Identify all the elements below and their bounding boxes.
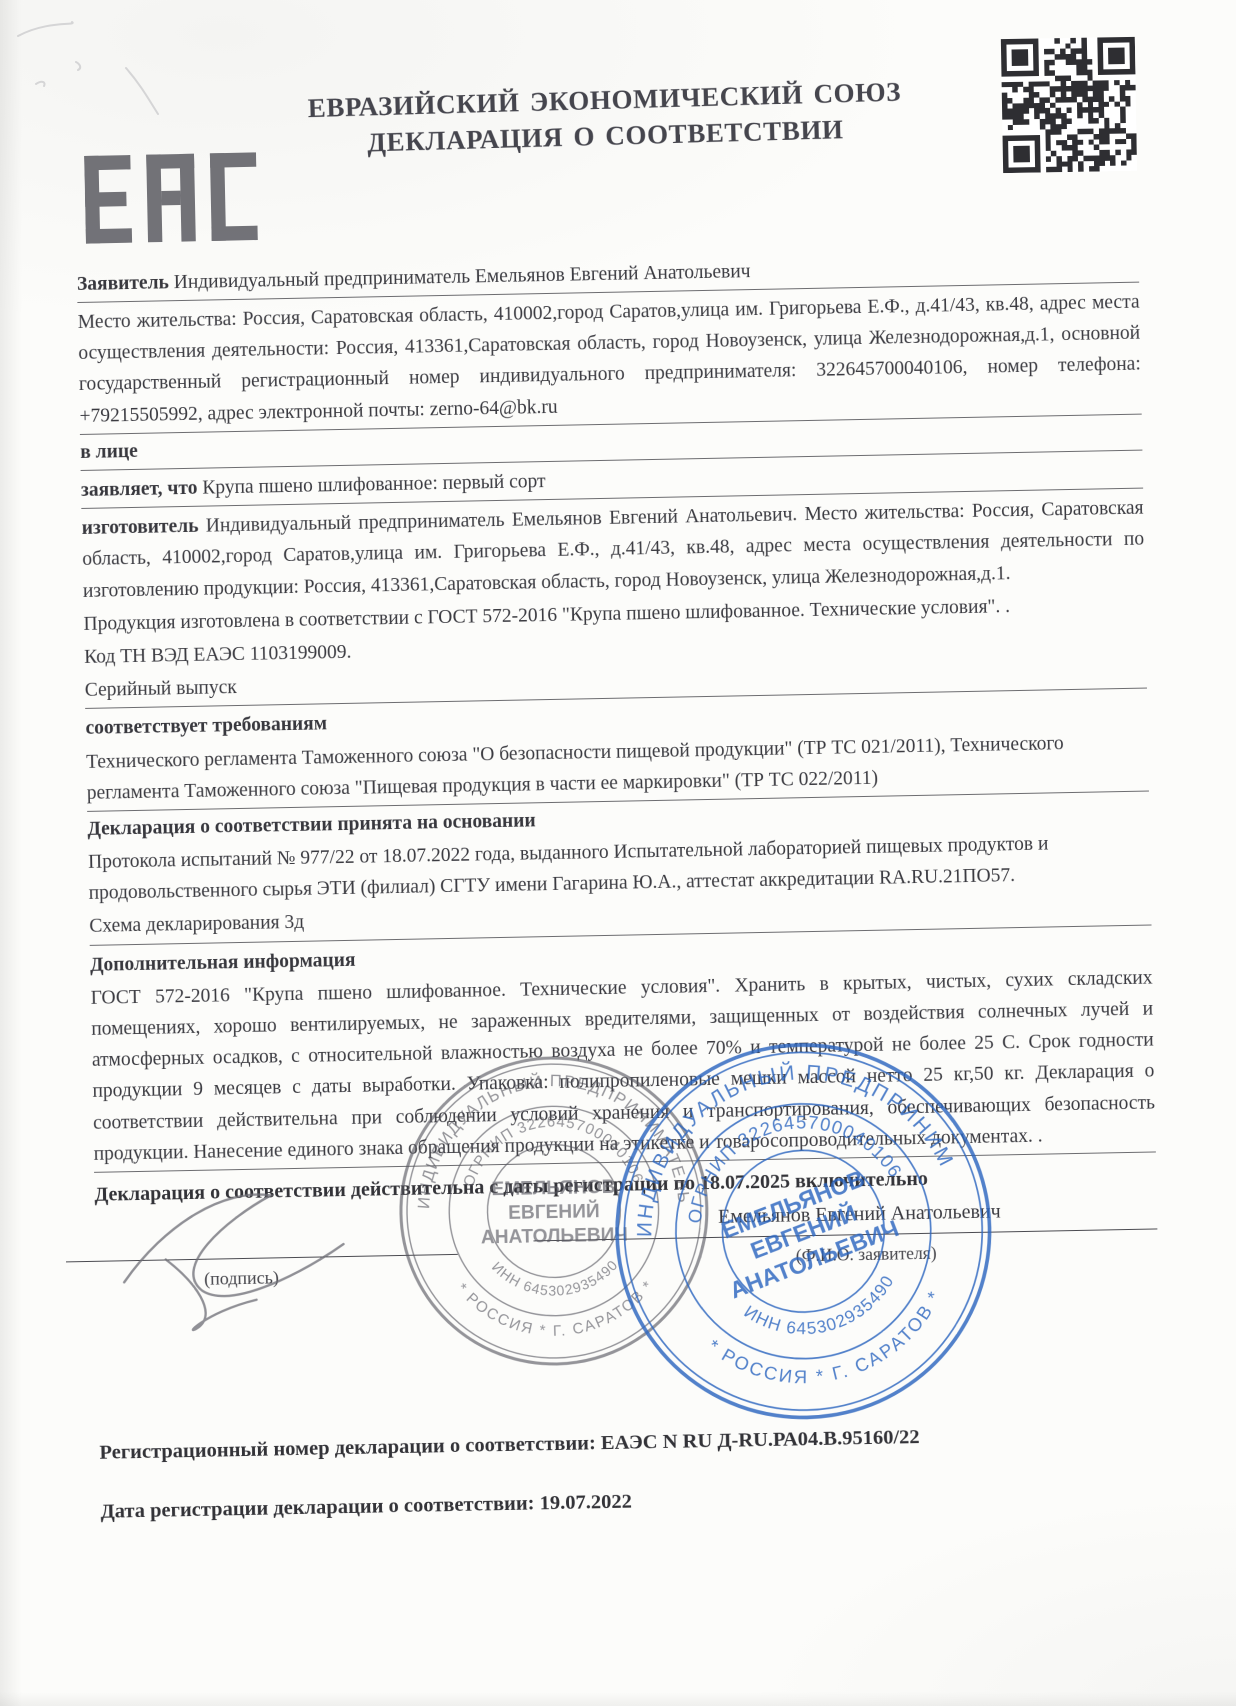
signer-name: Емельянов Евгений Анатольевич — [718, 1200, 1001, 1227]
registration-date-line: Дата регистрации декларации о соответств… — [100, 1475, 1162, 1528]
svg-text:* РОССИЯ * Г. САРАТОВ *: * РОССИЯ * Г. САРАТОВ * — [701, 1282, 959, 1411]
stamp-blue-inn: ИНН 645302935490 — [737, 1268, 906, 1354]
additional-info-paragraph: ГОСТ 572-2016 "Крупа пшено шлифованное. … — [90, 962, 1155, 1172]
svg-text:* РОССИЯ * Г. САРАТОВ *: * РОССИЯ * Г. САРАТОВ * — [453, 1276, 659, 1341]
stamp-gray-inn: ИНН 645302935490 — [489, 1256, 622, 1300]
document-body: ЕВРАЗИЙСКИЙ ЭКОНОМИЧЕСКИЙ СОЮЗ ДЕКЛАРАЦИ… — [72, 0, 1163, 1528]
document-title: ЕВРАЗИЙСКИЙ ЭКОНОМИЧЕСКИЙ СОЮЗ ДЕКЛАРАЦИ… — [73, 67, 1137, 169]
registration-number-line: Регистрационный номер декларации о соотв… — [99, 1416, 1161, 1469]
declaration-fields: Заявитель Индивидуальный предприниматель… — [77, 248, 1163, 1528]
applicant-label: Заявитель — [77, 272, 169, 295]
manufacturer-paragraph: изготовитель Индивидуальный предпринимат… — [81, 493, 1145, 607]
signer-name-row: Емельянов Евгений Анатольевич — [533, 1192, 1158, 1241]
svg-text:ИНН 645302935490: ИНН 645302935490 — [737, 1268, 906, 1354]
scanned-declaration-page: ЕВРАЗИЙСКИЙ ЭКОНОМИЧЕСКИЙ СОЮЗ ДЕКЛАРАЦИ… — [0, 0, 1236, 1706]
declared-product: Крупа пшено шлифованное: первый сорт — [202, 471, 546, 499]
signer-caption: (Ф.И.О. заявителя) — [796, 1239, 937, 1270]
signature-area: (подпись) Емельянов Евгений Анатольевич … — [95, 1190, 1161, 1422]
manufacturer-label: изготовитель — [82, 516, 199, 539]
stamp-blue-ring-bottom: * РОССИЯ * Г. САРАТОВ * — [701, 1282, 959, 1411]
svg-text:ИНН 645302935490: ИНН 645302935490 — [489, 1256, 622, 1300]
manufacturer-value: Индивидуальный предприниматель Емельянов… — [82, 498, 1144, 602]
in-person-label: в лице — [80, 441, 138, 463]
signature-stroke — [104, 1158, 438, 1364]
stamp-gray-ring-bottom: * РОССИЯ * Г. САРАТОВ * — [453, 1276, 659, 1341]
residence-paragraph: Место жительства: Россия, Саратовская об… — [77, 287, 1141, 435]
declares-label: заявляет, что — [81, 478, 198, 501]
applicant-value: Индивидуальный предприниматель Емельянов… — [174, 261, 751, 293]
